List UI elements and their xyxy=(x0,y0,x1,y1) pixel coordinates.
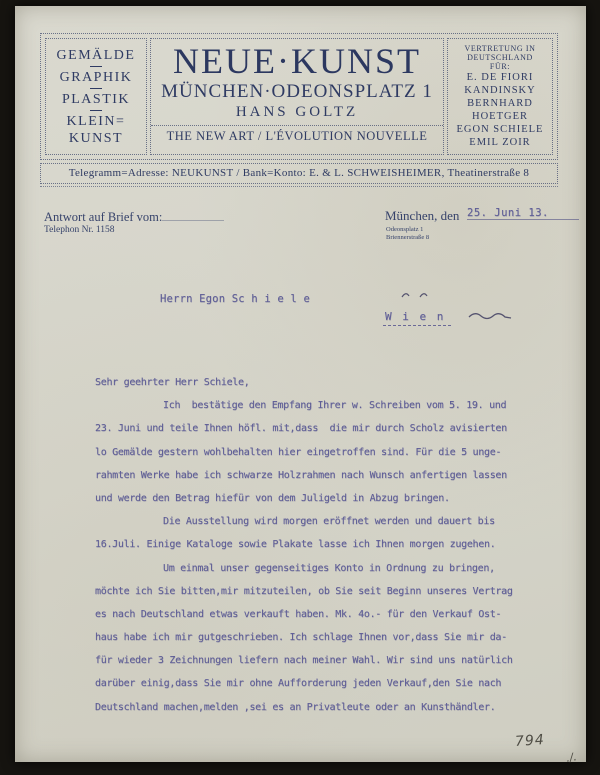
divider xyxy=(90,110,102,111)
letter-line: darüber einig,dass Sie mir ohne Aufforde… xyxy=(95,672,531,695)
letter-line: haus habe ich mir gutgeschrieben. Ich sc… xyxy=(95,626,531,649)
representation-heading: DEUTSCHLAND xyxy=(448,53,552,62)
divider xyxy=(90,66,102,67)
left-box-line: PLASTIK xyxy=(62,91,130,108)
letter-line: für wieder 3 Zeichnungen liefern nach me… xyxy=(95,649,531,672)
letter-line: rahmten Werke habe ich schwarze Holzrahm… xyxy=(95,464,531,487)
telegram-bank-line: Telegramm=Adresse: NEUKUNST / Bank=Konto… xyxy=(40,163,558,184)
artist-name: BERNHARD xyxy=(448,97,552,110)
handwritten-corner-mark: ./. xyxy=(565,750,578,765)
left-box-line: GEMÄLDE xyxy=(57,47,136,64)
artist-name: EGON SCHIELE xyxy=(448,123,552,136)
letter-line: und werde den Betrag hiefür von dem Juli… xyxy=(95,487,531,510)
representation-heading: VERTRETUNG IN xyxy=(448,44,552,53)
letter-line: Um einmal unser gegenseitiges Konto in O… xyxy=(95,557,531,580)
representation-heading: FÜR: xyxy=(448,62,552,71)
salutation: Sehr geehrter Herr Schiele, xyxy=(95,371,531,394)
letter-line: Die Ausstellung wird morgen eröffnet wer… xyxy=(95,510,531,533)
branch-address-line: Odeonsplatz 1 xyxy=(386,226,429,234)
gallery-subtitle: THE NEW ART / L'ÉVOLUTION NOUVELLE xyxy=(151,125,443,146)
gallery-owner: HANS GOLTZ xyxy=(151,103,443,122)
branch-address-line: Briennerstraße 8 xyxy=(386,234,429,242)
reply-label-text: Antwort auf Brief vom: xyxy=(44,210,162,224)
handwritten-squiggle xyxy=(467,309,515,323)
left-box-line: GRAPHIK xyxy=(60,69,133,86)
letter-line: lo Gemälde gestern wohlbehalten hier ein… xyxy=(95,441,531,464)
artist-name: E. DE FIORI xyxy=(448,71,552,84)
letter-body: Sehr geehrter Herr Schiele, Ich bestätig… xyxy=(95,371,531,719)
letterhead-right-box: VERTRETUNG IN DEUTSCHLAND FÜR: E. DE FIO… xyxy=(447,38,553,155)
artist-name: HOETGER xyxy=(448,110,552,123)
letter-line: 16.Juli. Einige Kataloge sowie Plakate l… xyxy=(95,533,531,556)
branch-addresses: Odeonsplatz 1 Briennerstraße 8 xyxy=(386,226,429,242)
letter-paper: GEMÄLDE GRAPHIK PLASTIK KLEIN= KUNST NEU… xyxy=(15,6,586,762)
date-city-label: München, den xyxy=(385,208,459,224)
handwritten-tick-marks xyxy=(400,289,436,301)
letterhead-left-box: GEMÄLDE GRAPHIK PLASTIK KLEIN= KUNST xyxy=(45,38,147,155)
divider xyxy=(40,186,558,187)
letterhead-frame: GEMÄLDE GRAPHIK PLASTIK KLEIN= KUNST NEU… xyxy=(40,33,558,160)
typed-date: 25. Juni 13. xyxy=(467,207,579,220)
letter-line: 23. Juni und teile Ihnen höfl. mit,dass … xyxy=(95,417,531,440)
recipient-name: Herrn Egon Sc h i e l e xyxy=(160,293,310,305)
handwritten-page-number: 794 xyxy=(514,732,545,750)
left-box-line: KLEIN= xyxy=(67,113,126,130)
artist-name: EMIL ZOIR xyxy=(448,136,552,149)
blank-line xyxy=(162,209,224,221)
letter-line: Ich bestätige den Empfang Ihrer w. Schre… xyxy=(95,394,531,417)
reply-label: Antwort auf Brief vom: xyxy=(44,209,224,225)
gallery-title: NEUE·KUNST xyxy=(151,41,443,81)
telephone-number: Telephon Nr. 1158 xyxy=(44,225,115,235)
letter-line: es nach Deutschland etwas verkauft haben… xyxy=(95,603,531,626)
letter-line: Deutschland machen,melden ,sei es an Pri… xyxy=(95,696,531,719)
letterhead-center-box: NEUE·KUNST MÜNCHEN·ODEONSPLATZ 1 HANS GO… xyxy=(150,38,444,155)
scanned-letter-photo: GEMÄLDE GRAPHIK PLASTIK KLEIN= KUNST NEU… xyxy=(0,0,600,775)
artist-name: KANDINSKY xyxy=(448,84,552,97)
left-box-line: KUNST xyxy=(69,130,123,147)
letter-line: möchte ich Sie bitten,mir mitzuteilen, o… xyxy=(95,580,531,603)
recipient-city: W i e n xyxy=(383,310,451,326)
gallery-address: MÜNCHEN·ODEONSPLATZ 1 xyxy=(151,81,443,103)
divider xyxy=(90,88,102,89)
